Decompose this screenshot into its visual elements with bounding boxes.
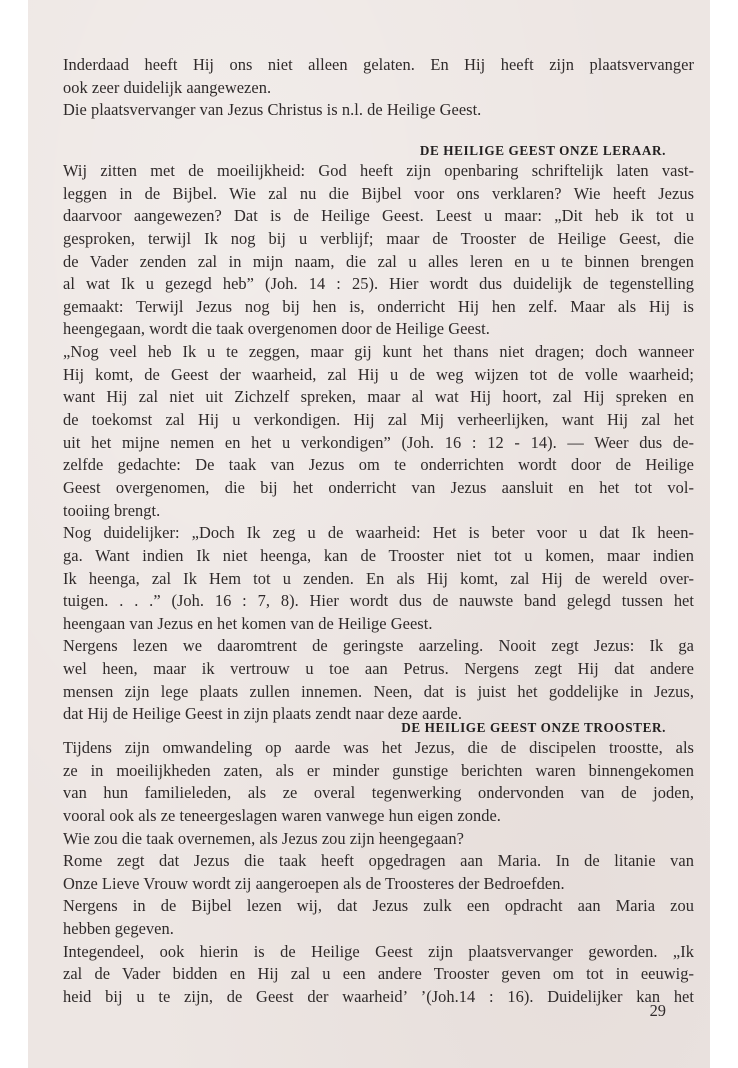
text-line: tuigen. . . .” (Joh. 16 : 7, 8). Hier wo… — [63, 590, 694, 613]
text-line: Nergens lezen we daaromtrent de geringst… — [63, 635, 694, 658]
section-heading-trooster: DE HEILIGE GEEST ONZE TROOSTER. — [401, 720, 666, 736]
text-line: want Hij zal niet uit Zichzelf spreken, … — [63, 386, 694, 409]
text-line: daarvoor aangewezen? Dat is de Heilige G… — [63, 205, 694, 228]
text-line: zelfde gedachte: De taak van Jezus om te… — [63, 454, 694, 477]
text-line: Ik heenga, zal Ik Hem tot u zenden. En a… — [63, 568, 694, 591]
text-line: „Nog veel heb Ik u te zeggen, maar gij k… — [63, 341, 694, 364]
text-line: Hij komt, de Geest der waarheid, zal Hij… — [63, 364, 694, 387]
text-line: Tijdens zijn omwandeling op aarde was he… — [63, 737, 694, 760]
intro-paragraphs: Inderdaad heeft Hij ons niet alleen gela… — [63, 54, 694, 122]
text-line: gemaakt: Terwijl Jezus nog bij hen is, o… — [63, 296, 694, 319]
text-line: Wie zou die taak overnemen, als Jezus zo… — [63, 828, 694, 851]
page-number: 29 — [650, 1001, 666, 1021]
text-line: uit het mijne nemen en het u verkondigen… — [63, 432, 694, 455]
text-line: mensen zijn lege plaats zullen innemen. … — [63, 681, 694, 704]
text-line: tooiing brengt. — [63, 500, 694, 523]
text-line: zal de Vader bidden en Hij zal u een and… — [63, 963, 694, 986]
text-line: Die plaatsvervanger van Jezus Christus i… — [63, 99, 694, 122]
section-leraar-body: Wij zitten met de moeilijkheid: God heef… — [63, 160, 694, 726]
text-line: Rome zegt dat Jezus die taak heeft opged… — [63, 850, 694, 873]
text-line: wel heen, maar ik vertrouw u toe aan Pet… — [63, 658, 694, 681]
text-line: Geest overgenomen, die bij het onderrich… — [63, 477, 694, 500]
text-line: Wij zitten met de moeilijkheid: God heef… — [63, 160, 694, 183]
section-heading-leraar: DE HEILIGE GEEST ONZE LERAAR. — [420, 143, 666, 159]
text-line: heengegaan, wordt die taak overgenomen d… — [63, 318, 694, 341]
text-line: ook zeer duidelijk aangewezen. — [63, 77, 694, 100]
text-line: ze in moeilijkheden zaten, als er minder… — [63, 760, 694, 783]
text-line: Nergens in de Bijbel lezen wij, dat Jezu… — [63, 895, 694, 918]
text-line: de Vader zenden zal in mijn naam, die za… — [63, 251, 694, 274]
text-line: van hun familieleden, als ze overal tege… — [63, 782, 694, 805]
text-line: heid bij u te zijn, de Geest der waarhei… — [63, 986, 694, 1009]
book-page: Inderdaad heeft Hij ons niet alleen gela… — [28, 0, 710, 1068]
text-line: ga. Want indien Ik niet heenga, kan de T… — [63, 545, 694, 568]
text-line: Nog duidelijker: „Doch Ik zeg u de waarh… — [63, 522, 694, 545]
text-line: al wat Ik u gezegd heb” (Joh. 14 : 25). … — [63, 273, 694, 296]
text-line: Integendeel, ook hierin is de Heilige Ge… — [63, 941, 694, 964]
text-line: de toekomst zal Hij u verkondigen. Hij z… — [63, 409, 694, 432]
text-line: vooral ook als ze teneergeslagen waren v… — [63, 805, 694, 828]
text-line: hebben gegeven. — [63, 918, 694, 941]
text-line: Inderdaad heeft Hij ons niet alleen gela… — [63, 54, 694, 77]
text-line: gesproken, terwijl Ik nog bij u verblijf… — [63, 228, 694, 251]
section-trooster-body: Tijdens zijn omwandeling op aarde was he… — [63, 737, 694, 1009]
text-line: Onze Lieve Vrouw wordt zij aangeroepen a… — [63, 873, 694, 896]
text-line: heengaan van Jezus en het komen van de H… — [63, 613, 694, 636]
text-line: leggen in de Bijbel. Wie zal nu die Bijb… — [63, 183, 694, 206]
